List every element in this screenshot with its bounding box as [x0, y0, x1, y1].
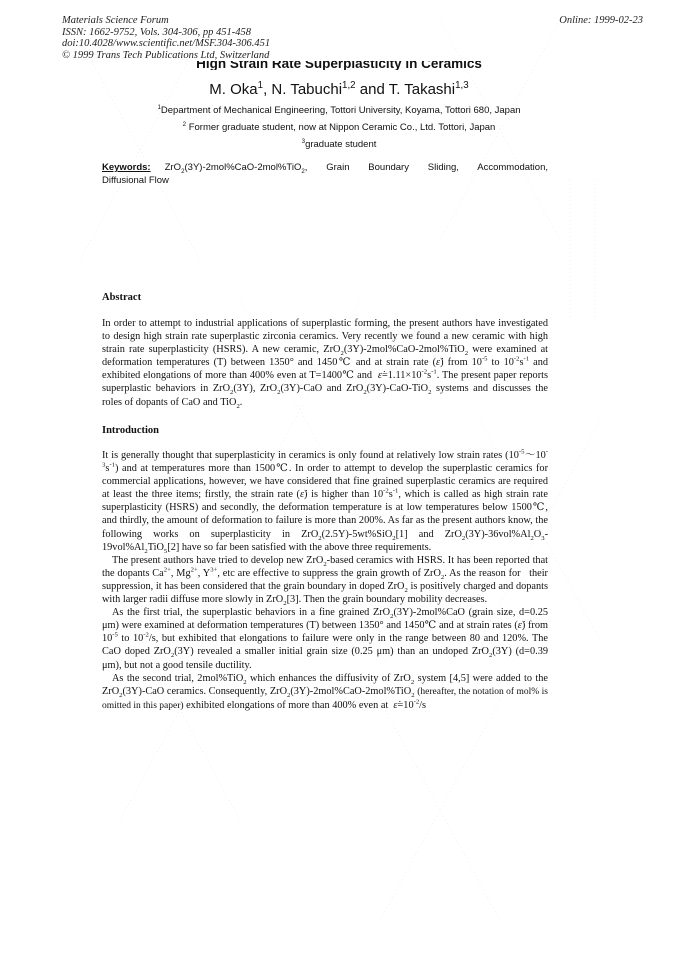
- journal-header: Materials Science Forum ISSN: 1662-9752,…: [62, 15, 270, 61]
- journal-name: Materials Science Forum: [62, 15, 270, 27]
- abstract-body: In order to attempt to industrial applic…: [102, 317, 548, 409]
- keywords: Keywords: ZrO2(3Y)-2mol%CaO-2mol%TiO2, G…: [102, 161, 548, 187]
- author-separator: and: [356, 81, 389, 98]
- keywords-label: Keywords:: [102, 162, 151, 173]
- author-list: M. Oka1, N. Tabuchi1,2 and T. Takashi1,3: [0, 81, 678, 98]
- affiliation-3: 3graduate student: [0, 139, 678, 150]
- introduction-heading: Introduction: [102, 425, 159, 436]
- affiliation-text: Former graduate student, now at Nippon C…: [189, 122, 496, 133]
- paper-title: High Strain Rate Superplasticity in Cera…: [0, 61, 678, 70]
- intro-paragraph-3: As the first trial, the superplastic beh…: [102, 606, 548, 671]
- introduction-body: It is generally thought that superplasti…: [102, 449, 548, 713]
- abstract-paragraph: In order to attempt to industrial applic…: [102, 317, 548, 409]
- author-sup: 1,3: [455, 80, 469, 91]
- affiliation-sup: 2: [183, 121, 186, 128]
- paper-title-text: High Strain Rate Superplasticity in Cera…: [196, 61, 482, 70]
- affiliation-text: graduate student: [305, 139, 376, 150]
- online-date: Online: 1999-02-23: [559, 15, 643, 26]
- issn-line: ISSN: 1662-9752, Vols. 304-306, pp 451-4…: [62, 27, 270, 39]
- affiliation-1: 1Department of Mechanical Engineering, T…: [0, 105, 678, 116]
- affiliation-text: Department of Mechanical Engineering, To…: [161, 105, 521, 116]
- intro-paragraph-2: The present authors have tried to develo…: [102, 554, 548, 606]
- author-name: T. Takashi: [389, 81, 455, 98]
- intro-paragraph-4: As the second trial, 2mol%TiO2 which enh…: [102, 672, 548, 713]
- author-name: N. Tabuchi: [271, 81, 342, 98]
- doi-line: doi:10.4028/www.scientific.net/MSF.304-3…: [62, 38, 270, 50]
- affiliation-2: 2 Former graduate student, now at Nippon…: [0, 122, 678, 133]
- author-name: M. Oka: [209, 81, 257, 98]
- keywords-text: ZrO2(3Y)-2mol%CaO-2mol%TiO2, Grain Bound…: [102, 162, 548, 186]
- copyright-line: © 1999 Trans Tech Publications Ltd, Swit…: [62, 50, 270, 62]
- author-sup: 1,2: [342, 80, 356, 91]
- intro-paragraph-1: It is generally thought that superplasti…: [102, 449, 548, 554]
- abstract-heading: Abstract: [102, 292, 141, 303]
